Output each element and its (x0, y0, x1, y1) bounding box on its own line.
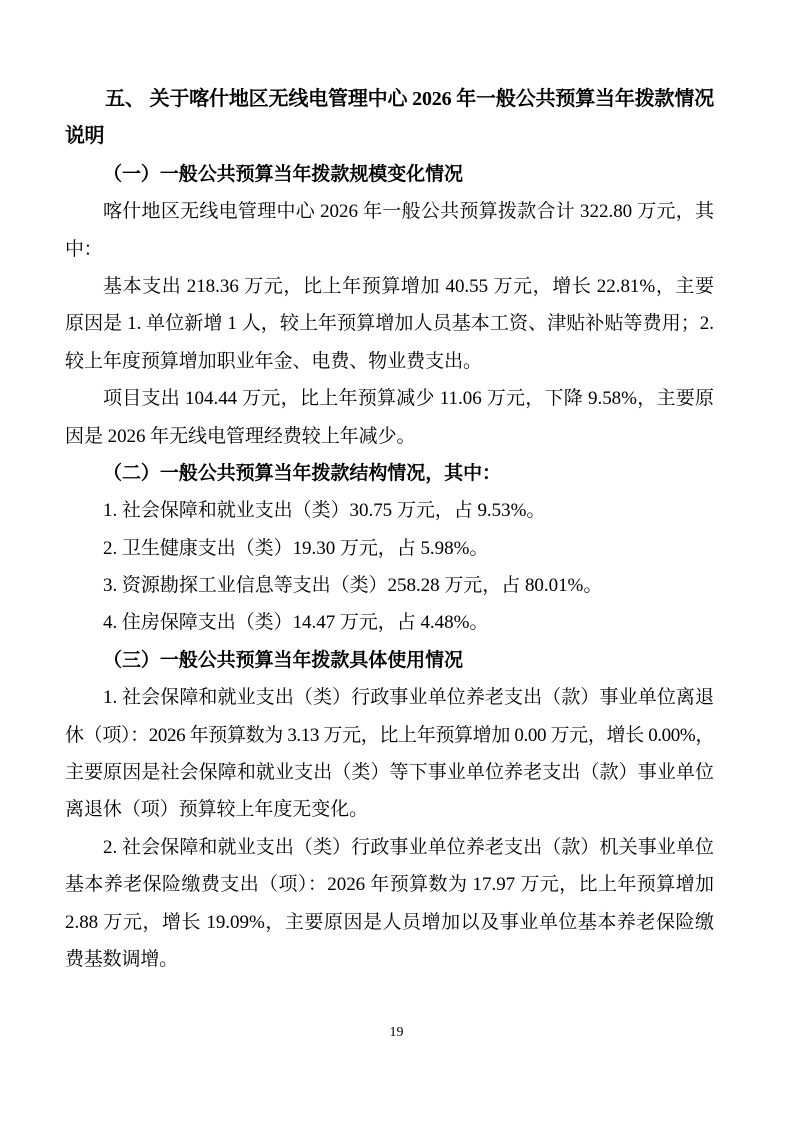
body-text-line: 较上年度预算增加职业年金、电费、物业费支出。 (65, 343, 714, 380)
section-heading: （三）一般公共预算当年拨款具体使用情况 (65, 642, 714, 679)
body-text-line: 基本养老保险缴费支出（项）：2026 年预算数为 17.97 万元，比上年预算增… (65, 866, 714, 903)
body-text-line: 中： (65, 231, 714, 268)
document-title-line: 说明 (65, 118, 714, 155)
body-text-line: 项目支出 104.44 万元，比上年预算减少 11.06 万元，下降 9.58%… (65, 380, 714, 417)
document-page: 五、 关于喀什地区无线电管理中心 2026 年一般公共预算当年拨款情况说明（一）… (0, 0, 793, 1122)
body-text-line: 4. 住房保障支出（类）14.47 万元，占 4.48%。 (65, 604, 714, 641)
body-text-line: 2. 社会保障和就业支出（类）行政事业单位养老支出（款）机关事业单位 (65, 829, 714, 866)
body-text-line: 因是 2026 年无线电管理经费较上年减少。 (65, 418, 714, 455)
body-text-line: 喀什地区无线电管理中心 2026 年一般公共预算拨款合计 322.80 万元，其 (65, 193, 714, 230)
document-body: 五、 关于喀什地区无线电管理中心 2026 年一般公共预算当年拨款情况说明（一）… (65, 81, 714, 978)
body-text-line: 费基数调增。 (65, 941, 714, 978)
body-text-line: 原因是 1. 单位新增 1 人，较上年预算增加人员基本工资、津贴补贴等费用；2. (65, 305, 714, 342)
body-text-line: 休（项）：2026 年预算数为 3.13 万元，比上年预算增加 0.00 万元，… (65, 717, 714, 754)
section-heading: （二）一般公共预算当年拨款结构情况，其中： (65, 455, 714, 492)
body-text-line: 2. 卫生健康支出（类）19.30 万元，占 5.98%。 (65, 530, 714, 567)
section-heading: （一）一般公共预算当年拨款规模变化情况 (65, 156, 714, 193)
page-number: 19 (0, 1023, 793, 1043)
body-text-line: 1. 社会保障和就业支出（类）行政事业单位养老支出（款）事业单位离退 (65, 679, 714, 716)
body-text-line: 3. 资源勘探工业信息等支出（类）258.28 万元，占 80.01%。 (65, 567, 714, 604)
body-text-line: 离退休（项）预算较上年度无变化。 (65, 791, 714, 828)
body-text-line: 1. 社会保障和就业支出（类）30.75 万元，占 9.53%。 (65, 492, 714, 529)
body-text-line: 2.88 万元，增长 19.09%，主要原因是人员增加以及事业单位基本养老保险缴 (65, 904, 714, 941)
body-text-line: 主要原因是社会保障和就业支出（类）等下事业单位养老支出（款）事业单位 (65, 754, 714, 791)
document-title-line: 五、 关于喀什地区无线电管理中心 2026 年一般公共预算当年拨款情况 (65, 81, 714, 118)
body-text-line: 基本支出 218.36 万元，比上年预算增加 40.55 万元，增长 22.81… (65, 268, 714, 305)
